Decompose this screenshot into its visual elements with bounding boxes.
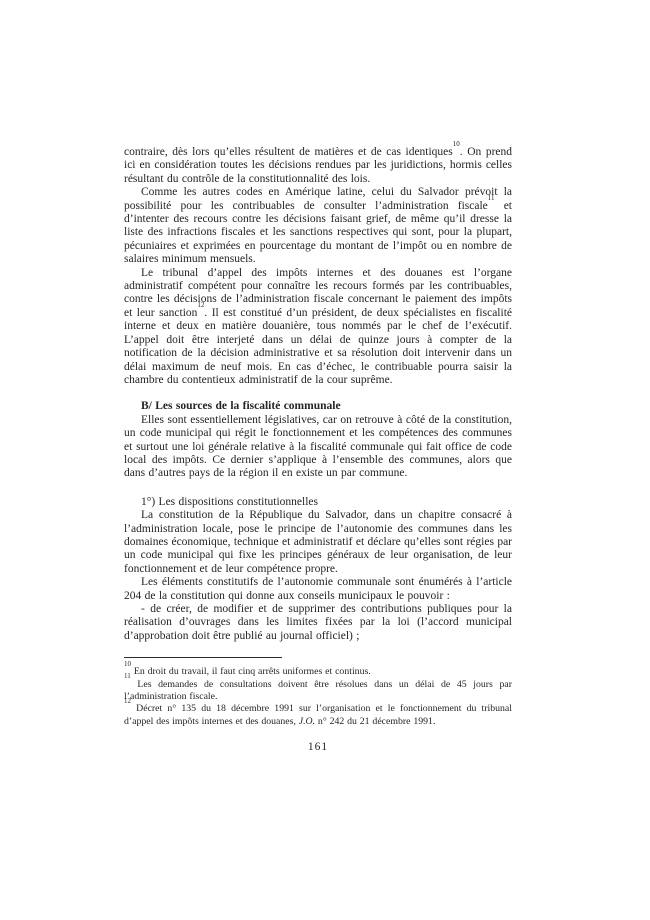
document-page: contraire, dès lors qu’elles résultent d… xyxy=(0,0,650,920)
footnote-10: 10 En droit du travail, il faut cinq arr… xyxy=(124,666,512,678)
footnote-separator-rule xyxy=(124,657,282,658)
paragraph-text: contraire, dès lors qu’elles résultent d… xyxy=(124,146,453,158)
footnote-text: n° 242 du 21 décembre 1991. xyxy=(315,716,435,727)
footnote-11: 11 Les demandes de consultations doivent… xyxy=(124,679,512,704)
footnote-text: Les demandes de consultations doivent êt… xyxy=(124,679,512,702)
text-block: contraire, dès lors qu’elles résultent d… xyxy=(124,146,512,753)
footnote-marker-10: 10 xyxy=(124,660,131,668)
body-paragraph-6: Les éléments constitutifs de l’autonomie… xyxy=(124,576,512,603)
body-paragraph-2: Comme les autres codes en Amérique latin… xyxy=(124,186,512,266)
subsection-heading-1: 1°) Les dispositions constitutionnelles xyxy=(124,496,512,509)
footnote-ref-11: 11 xyxy=(488,194,495,202)
body-paragraph-5: La constitution de la République du Salv… xyxy=(124,509,512,576)
footnote-ref-10: 10 xyxy=(453,140,460,148)
footnote-marker-12: 12 xyxy=(124,697,131,705)
page-number: 161 xyxy=(124,741,512,753)
footnotes-section: 10 En droit du travail, il faut cinq arr… xyxy=(124,657,512,728)
footnote-ref-12: 12 xyxy=(197,301,204,309)
body-paragraph-7: - de créer, de modifier et de supprimer … xyxy=(124,603,512,643)
section-heading-b: B/ Les sources de la fiscalité communale xyxy=(124,400,512,413)
footnote-marker-11: 11 xyxy=(124,672,131,680)
body-text: contraire, dès lors qu’elles résultent d… xyxy=(124,146,512,643)
body-paragraph-1: contraire, dès lors qu’elles résultent d… xyxy=(124,146,512,186)
body-paragraph-3: Le tribunal d’appel des impôts internes … xyxy=(124,267,512,388)
body-paragraph-4: Elles sont essentiellement législatives,… xyxy=(124,414,512,481)
footnote-12: 12 Décret n° 135 du 18 décembre 1991 sur… xyxy=(124,703,512,728)
footnote-text: En droit du travail, il faut cinq arrêts… xyxy=(131,666,371,677)
journal-officiel-abbrev: J.O. xyxy=(299,716,315,727)
paragraph-text: Comme les autres codes en Amérique latin… xyxy=(124,186,512,211)
